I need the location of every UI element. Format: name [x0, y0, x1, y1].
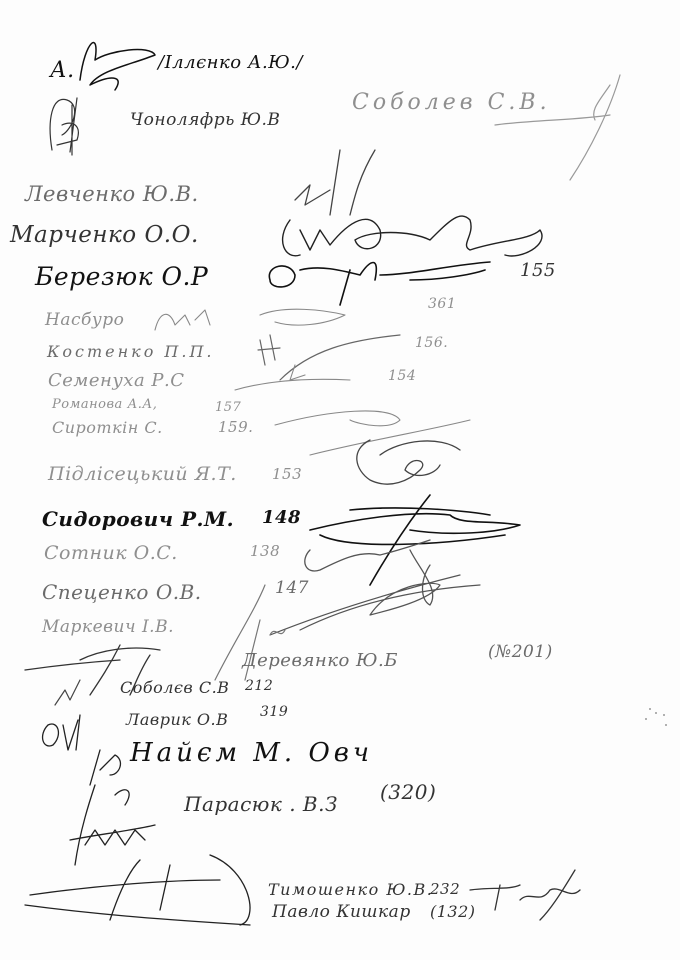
handwritten-name: Деревянко Ю.Б [242, 650, 398, 671]
handwritten-name: Лаврик О.В [126, 710, 228, 729]
handwritten-name: Чоноляфрь Ю.В [130, 110, 280, 130]
signature-scribble [230, 360, 370, 400]
handwritten-name: Семенуха Р.С [48, 370, 185, 391]
handwritten-number: 159. [218, 418, 253, 436]
handwritten-number: 157 [215, 400, 241, 415]
handwritten-name: Підлісецький Я.Т. [48, 463, 237, 485]
handwritten-number: (№201) [488, 642, 553, 662]
handwritten-name: Сотник О.С. [44, 542, 178, 564]
handwritten-name: Марченко О.О. [10, 222, 199, 248]
handwritten-number: (132) [430, 902, 476, 921]
handwritten-name: Сироткін С. [52, 418, 163, 437]
signature-scribble [42, 90, 102, 160]
handwritten-name: Найєм М. Овч [130, 738, 373, 768]
handwritten-number: 153 [272, 465, 302, 483]
handwritten-name: Левченко Ю.В. [25, 182, 199, 206]
handwritten-name: Павло Кишкар [272, 902, 411, 922]
handwritten-number: 212 [245, 678, 273, 694]
handwritten-name: Сидорович Р.М. [42, 507, 234, 531]
handwritten-name: Романова А.А, [52, 397, 157, 412]
handwritten-name: Костенко П.П. [47, 342, 215, 361]
handwritten-name: /Іллєнко А.Ю./ [158, 52, 303, 73]
signature-sheet: А. /Іллєнко А.Ю./ Чоноляфрь Ю.В Соболев … [0, 0, 680, 960]
signature-scribble [490, 70, 630, 190]
margin-dots [645, 700, 675, 740]
handwritten-number: 361 [428, 296, 456, 312]
handwritten-name: Парасюк . В.З [184, 792, 338, 816]
signature-scribble [50, 670, 120, 710]
handwritten-name: Спеценко О.В. [42, 580, 202, 604]
handwritten-number: (320) [380, 780, 436, 804]
signature-scribble [460, 865, 590, 925]
handwritten-number: 156. [415, 335, 448, 351]
handwritten-number: 232 [430, 880, 460, 898]
handwritten-number: 154 [388, 368, 416, 384]
handwritten-name: Березюк О.Р [35, 262, 208, 291]
handwritten-number: 319 [260, 704, 288, 720]
handwritten-name: Соболєв С.В [120, 678, 229, 697]
handwritten-name: Насбуро [45, 310, 124, 330]
handwritten-name: Тимошенко Ю.В. [268, 880, 433, 899]
signature-scribble [20, 850, 260, 930]
handwritten-name: Маркевич І.В. [42, 617, 174, 637]
handwritten-number: 155 [520, 260, 556, 281]
